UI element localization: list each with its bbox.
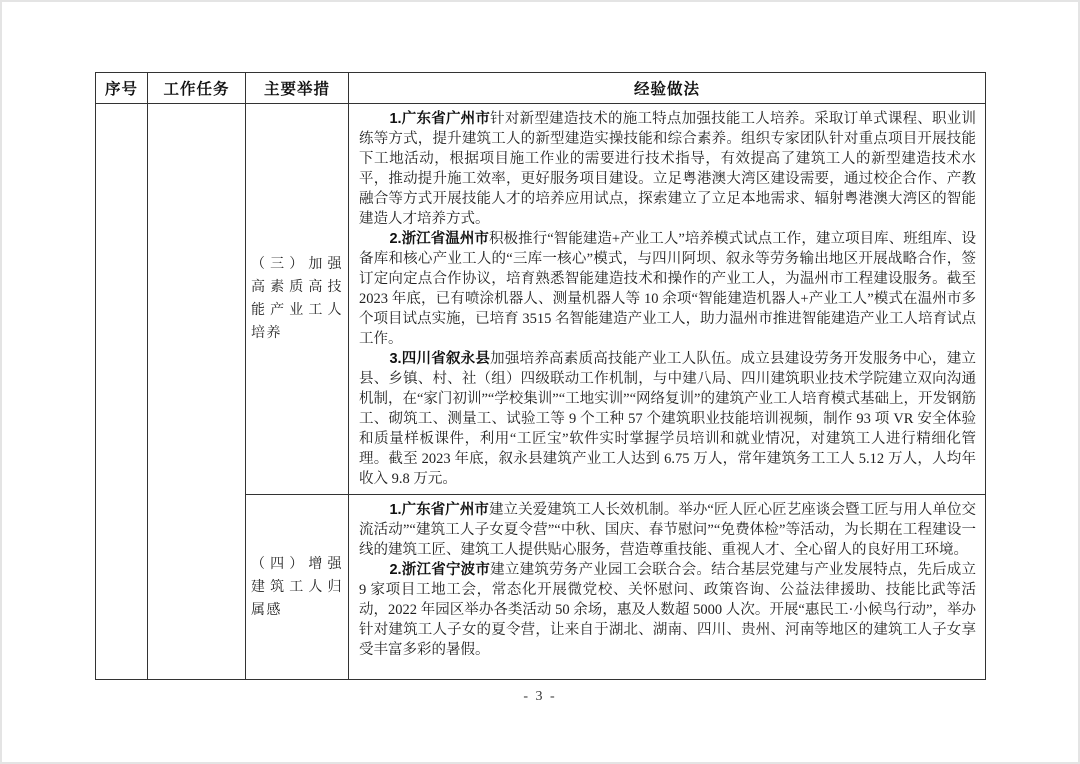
cell-experience-3: 1.广东省广州市针对新型建造技术的施工特点加强技能工人培养。采取订单式课程、职业… [349,104,986,495]
paragraph: 2.浙江省温州市积极推行“智能建造+产业工人”培养模式试点工作，建立项目库、班组… [359,229,976,349]
table-row: （三）加强高素质高技能产业工人培养 1.广东省广州市针对新型建造技术的施工特点加… [96,104,986,495]
paragraph-lead: 2.浙江省温州市 [389,231,489,247]
cell-experience-4: 1.广东省广州市建立关爱建筑工人长效机制。举办“匠人匠心匠艺座谈会暨工匠与用人单… [349,495,986,680]
page-number: - 3 - [0,689,1080,705]
paragraph-text: 加强培养高素质高技能产业工人队伍。成立县建设劳务开发服务中心，建立县、乡镇、村、… [359,351,976,487]
cell-measure-4: （四）增强建筑工人归属感 [246,495,349,680]
paragraph-lead: 1.广东省广州市 [389,502,489,518]
paragraph: 1.广东省广州市建立关爱建筑工人长效机制。举办“匠人匠心匠艺座谈会暨工匠与用人单… [359,500,976,560]
paragraph-lead: 3.四川省叙永县 [389,351,490,367]
paragraph: 3.四川省叙永县加强培养高素质高技能产业工人队伍。成立县建设劳务开发服务中心，建… [359,349,976,489]
col-header-measure: 主要举措 [246,73,349,104]
paragraph-text: 积极推行“智能建造+产业工人”培养模式试点工作，建立项目库、班组库、设备库和核心… [359,231,976,347]
paragraph: 1.广东省广州市针对新型建造技术的施工特点加强技能工人培养。采取订单式课程、职业… [359,109,976,229]
paragraph-text: 针对新型建造技术的施工特点加强技能工人培养。采取订单式课程、职业训练等方式，提升… [359,111,976,227]
cell-task [148,104,246,680]
paragraph: 2.浙江省宁波市建立建筑劳务产业园工会联合会。结合基层党建与产业发展特点，先后成… [359,560,976,660]
paragraph-lead: 1.广东省广州市 [389,111,490,127]
cell-measure-3: （三）加强高素质高技能产业工人培养 [246,104,349,495]
col-header-serial: 序号 [96,73,148,104]
table-header-row: 序号 工作任务 主要举措 经验做法 [96,73,986,104]
experience-table: 序号 工作任务 主要举措 经验做法 （三）加强高素质高技能产业工人培养 1.广东… [95,72,986,680]
col-header-task: 工作任务 [148,73,246,104]
col-header-experience: 经验做法 [349,73,986,104]
paragraph-lead: 2.浙江省宁波市 [389,562,490,578]
cell-serial [96,104,148,680]
